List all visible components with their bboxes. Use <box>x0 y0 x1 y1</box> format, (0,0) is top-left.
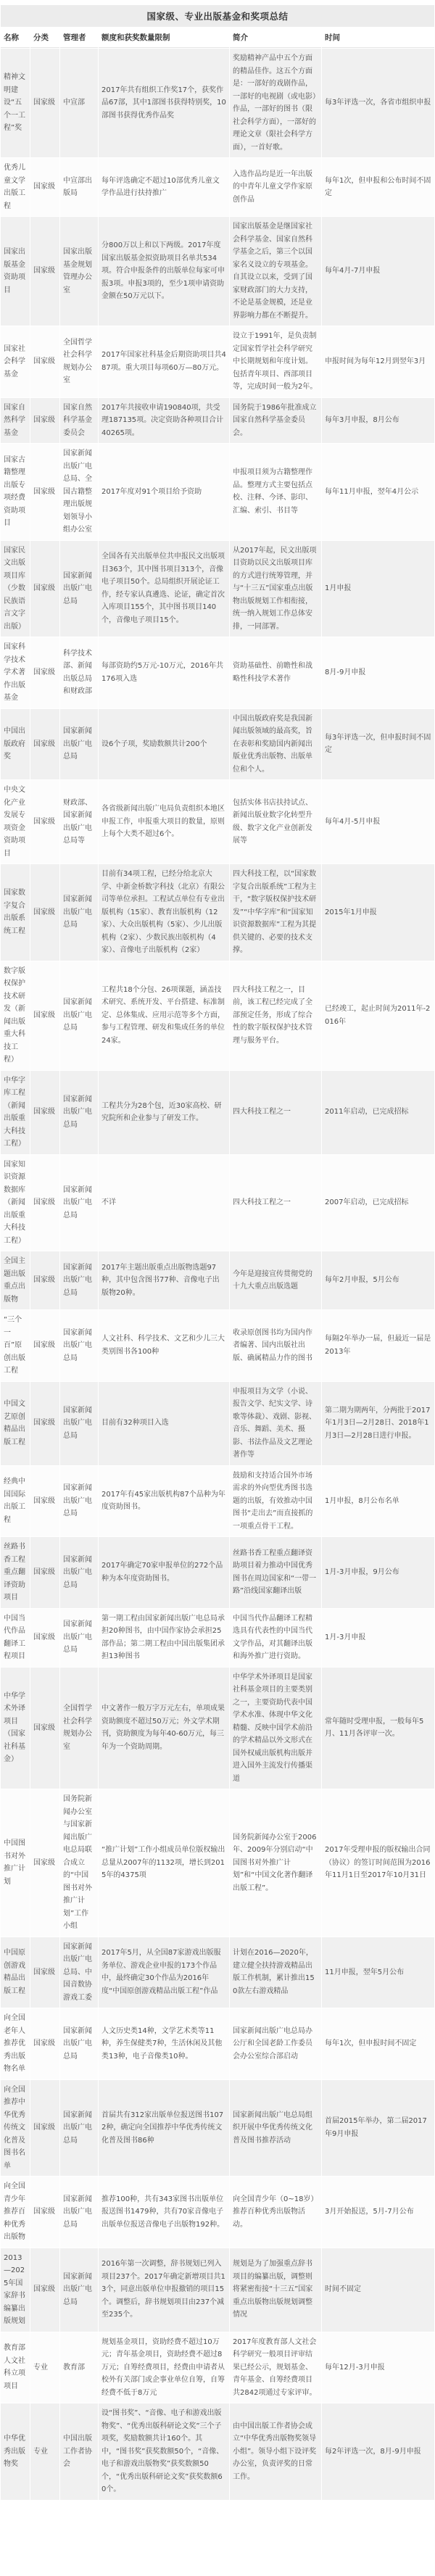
cell-manager: 国家新闻出版广电总局 <box>60 961 98 1070</box>
table-body: 精神文明建设“五个一工程”奖国家级中宣部2017年共有组织工作奖17个，获奖作品… <box>1 49 434 2500</box>
cell-intro: 包括实体书店扶持试点、新闻出版业数字化转型升级、数字文化产业创新发展等 <box>230 780 321 864</box>
table-row: 中国出版政府奖国家级国家新闻出版广电总局设6个子项，奖励数额共计200个中国出版… <box>1 709 434 780</box>
table-row: 中国原创游戏精品出版工程国家级国家新闻出版广电总局、中国音数协游戏工委2017年… <box>1 1937 434 2008</box>
cell-time: 已经竣工，起止时间为2011年-2016年 <box>322 961 434 1070</box>
cell-time: 每年11月申报，翌年4月公示 <box>322 444 434 540</box>
cell-name: 向全国老年人推荐优秀出版物名单 <box>1 2008 30 2079</box>
cell-name: 国家知识资源数据库（新闻出版重大科技工程） <box>1 1155 30 1251</box>
cell-manager: 中国出版工作者协会 <box>60 2403 98 2500</box>
cell-manager: 财政部、国家新闻出版广电总局等 <box>60 780 98 864</box>
cell-time: 1月-3月申报，9月公布 <box>322 1537 434 1608</box>
cell-quota: 中文著作一般万字万元左右，单项成果资助额度不超过50万元；外文学术期刊，资助额度… <box>99 1668 229 1789</box>
cell-quota: “推广计划”工作小组成员单位版权输出总量从2007年的1132项，增长到2015… <box>99 1789 229 1937</box>
cell-category: 国家级 <box>30 1466 59 1537</box>
cell-category: 专业 <box>30 2403 59 2500</box>
cell-intro: 国家出版基金是继国家社会科学基金、国家自然科学基金之后，第三个以国家名义设立的专… <box>230 217 321 326</box>
cell-category: 国家级 <box>30 2080 59 2177</box>
table-row: 国家数字复合出版系统工程国家级国家新闻出版广电总局目前有34项工程，已经分给北京… <box>1 864 434 961</box>
cell-intro: 资助基础性、前瞻性和战略性科技学术著作 <box>230 637 321 708</box>
cell-quota: 工程共18个分包、26项课题，涵盖技术研究、系统开发、平台搭建、标准制定、总体集… <box>99 961 229 1070</box>
cell-manager: 教育部 <box>60 2332 98 2403</box>
cell-name: 数字版权保护技术研发（新闻出版重大科技工程） <box>1 961 30 1070</box>
cell-time: 每2年评选一次，8月-9月申报 <box>322 2403 434 2500</box>
cell-category: 国家级 <box>30 1251 59 1309</box>
cell-time: 2017年受理申报的版权输出合同（协议）的签订时间范围为2016年11月1日至2… <box>322 1789 434 1937</box>
cell-name: 国家数字复合出版系统工程 <box>1 864 30 961</box>
table-row: 中国图书对外推广计划国家级国务院新闻办公室与国家新闻出版广电总局联合成立的“中国… <box>1 1789 434 1937</box>
table-row: 数字版权保护技术研发（新闻出版重大科技工程）国家级国家新闻出版广电总局工程共18… <box>1 961 434 1070</box>
table-row: 中华学术外译项目（国家社科基金）国家级全国哲学社会科学规划办公室中文著作一般万字… <box>1 1668 434 1789</box>
cell-intro: 2017年度教育部人文社会科学研究一般项目评审结果已经公示，规划基金、青年基金、… <box>230 2332 321 2403</box>
cell-manager: 国家新闻出版广电总局 <box>60 1155 98 1251</box>
table-row: 2013—2025年国家辞书编纂出版规划国家级国家新闻出版广电总局2016年第一… <box>1 2248 434 2332</box>
cell-quota: 2017年共有组织工作奖17个，获奖作品67部，其中1部图书获得特别奖，10部图… <box>99 49 229 157</box>
table-row: “三个一百”原创出版工程国家级国家新闻出版广电总局人文社科、科学技术、文艺和少儿… <box>1 1310 434 1381</box>
table-row: 中国当代作品翻译工程项目国家级国家新闻出版广电总局第一期工程由国家新闻出版广电总… <box>1 1609 434 1667</box>
cell-name: 中央文化产业发展专项资金资助项目 <box>1 780 30 864</box>
cell-category: 国家级 <box>30 1937 59 2008</box>
cell-intro: 奖励精神产品中五个方面的精品佳作。这五个方面是：一部好的戏剧作品，一部好的电视剧… <box>230 49 321 157</box>
cell-manager: 科学技术部、新闻出版总局和财政部 <box>60 637 98 708</box>
cell-category: 国家级 <box>30 961 59 1070</box>
cell-manager: 国家新闻出版广电总局、中国音数协游戏工委 <box>60 1937 98 2008</box>
cell-manager: 国家自然科学基金委员会 <box>60 398 98 444</box>
cell-manager: 全国哲学社会科学规划办公室 <box>60 326 98 397</box>
table-row: 向全国老年人推荐优秀出版物名单国家级国家新闻出版广电总局人文历史类14种，文学艺… <box>1 2008 434 2079</box>
cell-time: 1月申报 <box>322 541 434 637</box>
table-row: 教育部人文社科立项项目专业教育部规划基金项目，资助经费不超过10万元；青年基金项… <box>1 2332 434 2403</box>
cell-category: 国家级 <box>30 49 59 157</box>
cell-intro: 四大科技工程，以“国家数字复合出版系统”工程为主干，“数字版权保护技术研发”“中… <box>230 864 321 961</box>
cell-intro: 国家新闻出版广电总局组织开展中华优秀传统文化普及图书推荐活动 <box>230 2080 321 2177</box>
cell-intro: 鼓励和支持适合国外市场需求的外向型优秀图书选题的出版，有效推动中国图书“走出去”… <box>230 1466 321 1537</box>
cell-time: 首届2015年举办，第二届2017年9月申报 <box>322 2080 434 2177</box>
table-title: 国家级、专业出版基金和奖项总结 <box>1 5 434 27</box>
cell-quota: 人文历史类14种，文学艺术类等11种，养生保健类7种，生活休闲及其他类13种，电… <box>99 2008 229 2079</box>
column-header-manager: 管理者 <box>60 28 98 48</box>
cell-quota: 不详 <box>99 1155 229 1251</box>
cell-quota: 工程共分为28个包，近30家高校、研究院所和企业参与了研发工作。 <box>99 1071 229 1154</box>
cell-time: 3月开始报送，5月-7月公布 <box>322 2177 434 2248</box>
cell-time: 时间不固定 <box>322 2248 434 2332</box>
cell-manager: 国家新闻出版广电总局 <box>60 1609 98 1667</box>
cell-time: 每隔2年举办一届，但最近一届是2013年 <box>322 1310 434 1381</box>
cell-category: 国家级 <box>30 444 59 540</box>
cell-manager: 中宣部 <box>60 49 98 157</box>
cell-category: 国家级 <box>30 2177 59 2248</box>
cell-name: 经典中国国际出版工程 <box>1 1466 30 1537</box>
table-row: 向全国推荐中华优秀传统文化普及图书名单国家级国家新闻出版广电总局首届共有312家… <box>1 2080 434 2177</box>
column-header-intro: 简介 <box>230 28 321 48</box>
cell-intro: 设立于1991年，是负责制定国家哲学社会科学研究中长期规划和年度计划。包括青年项… <box>230 326 321 397</box>
cell-time: 申报时间为每年12月到翌年3月 <box>322 326 434 397</box>
cell-manager: 国家新闻出版广电总局 <box>60 1466 98 1537</box>
cell-intro: 入选作品均是近一年出版的中青年儿童文学作家原创作品 <box>230 158 321 216</box>
cell-intro: 申报项目为文学（小说、报告文学、纪实文学、诗歌等体裁）、戏剧、影视、音乐、舞蹈、… <box>230 1382 321 1465</box>
cell-intro: 国务院于1986年批准成立国家自然科学基金委员会。 <box>230 398 321 444</box>
table-row: 国家科学技术学术著作出版基金国家级科学技术部、新闻出版总局和财政部每部资助约5万… <box>1 637 434 708</box>
cell-intro: 计划在2016—2020年，建立健全扶持游戏精品出版工作机制，累计推出150款左… <box>230 1937 321 2008</box>
cell-manager: 国家新闻出版广电总局 <box>60 1251 98 1309</box>
cell-manager: 国家新闻出版广电总局 <box>60 1537 98 1608</box>
cell-time: 每3年评选一次，各省市组织申报 <box>322 49 434 157</box>
cell-name: 2013—2025年国家辞书编纂出版规划 <box>1 2248 30 2332</box>
cell-quota: 2017年5月，从全国87家游戏出版服务单位、游戏企业申报的173个作品中，最终… <box>99 1937 229 2008</box>
cell-name: 中华字库工程（新闻出版重大科技工程） <box>1 1071 30 1154</box>
cell-quota: 设“图书奖”、“音像、电子和游戏出版物奖”、“优秀出版科研论文奖”三个子项奖，奖… <box>99 2403 229 2500</box>
cell-quota: 2017年度对91个项目给予资助 <box>99 444 229 540</box>
cell-intro: 中国当代作品翻译工程精选具有代表性的中国当代文学作品，对其翻译出版和海外推广进行… <box>230 1609 321 1667</box>
cell-category: 国家级 <box>30 2008 59 2079</box>
cell-name: 中国原创游戏精品出版工程 <box>1 1937 30 2008</box>
cell-category: 国家级 <box>30 709 59 780</box>
cell-quota: 2017年共接收申请190840项，共受理187135项。决定资助各种项目合计4… <box>99 398 229 444</box>
cell-manager: 国家新闻出版广电总局 <box>60 2177 98 2248</box>
cell-time: 每年4月-5月申报 <box>322 780 434 864</box>
cell-name: 优秀儿童文学出版工程 <box>1 158 30 216</box>
cell-intro: 向全国青少年（0~18岁）推荐百种优秀出版物活动。 <box>230 2177 321 2248</box>
cell-name: 国家科学技术学术著作出版基金 <box>1 637 30 708</box>
cell-category: 国家级 <box>30 1155 59 1251</box>
page: 国家级、专业出版基金和奖项总结 名称 分类 管理者 额度和获奖数量限制 简介 时… <box>0 0 435 2501</box>
table-row: 经典中国国际出版工程国家级国家新闻出版广电总局2017年有45家出版机构87个品… <box>1 1466 434 1537</box>
table-row: 国家自然科学基金国家级国家自然科学基金委员会2017年共接收申请190840项，… <box>1 398 434 444</box>
column-header-quota: 额度和获奖数量限制 <box>99 28 229 48</box>
cell-time: 常年随时受理申报，一般每年5月、11月各评审一次。 <box>322 1668 434 1789</box>
cell-intro: 从2017年起，民文出版项目资助以民文出版项目库的方式进行统筹管理，并与“十三五… <box>230 541 321 637</box>
cell-category: 国家级 <box>30 217 59 326</box>
cell-manager: 国家新闻出版广电总局 <box>60 2008 98 2079</box>
cell-time: 第二期为期两年，分两批于2017年1月3日—2月28日、2018年1月3日—2月… <box>322 1382 434 1465</box>
cell-name: “三个一百”原创出版工程 <box>1 1310 30 1381</box>
cell-quota: 每年评选确定不超过10部优秀儿童文学作品进行扶持推广 <box>99 158 229 216</box>
cell-intro: 规划是为了加强重点辞书项目的编纂出版，调整则将紧密衔接“十三五”国家重点出版物出… <box>230 2248 321 2332</box>
cell-manager: 国家新闻出版广电总局 <box>60 1071 98 1154</box>
cell-quota: 2017年确定70家申报单位的272个品种为本年度资助图书。 <box>99 1537 229 1608</box>
cell-category: 国家级 <box>30 158 59 216</box>
table-row: 国家知识资源数据库（新闻出版重大科技工程）国家级国家新闻出版广电总局不详四大科技… <box>1 1155 434 1251</box>
cell-category: 国家级 <box>30 2248 59 2332</box>
cell-category: 国家级 <box>30 398 59 444</box>
cell-manager: 国家新闻出版广电总局 <box>60 864 98 961</box>
cell-intro: 申报项目须为古籍整理作品。整理方式主要包括点校、注释、今译、影印、汇编、索引、书… <box>230 444 321 540</box>
cell-name: 国家古籍整理出版专项经费资助项目 <box>1 444 30 540</box>
cell-category: 国家级 <box>30 326 59 397</box>
cell-quota: 2017年国家社科基金后期资助项目共487项。重大项目每项60万—80万元。 <box>99 326 229 397</box>
cell-time: 每年4月-7月申报 <box>322 217 434 326</box>
cell-quota: 全国各有关出版单位共申报民文出版项目363个，其中图书项目313个，音像电子项目… <box>99 541 229 637</box>
cell-category: 国家级 <box>30 1609 59 1667</box>
cell-manager: 国家新闻出版广电总局 <box>60 2080 98 2177</box>
cell-quota: 各省级新闻出版广电局负责组织本地区申报工作，申报重大项目的数量，原则上每个大类不… <box>99 780 229 864</box>
table-row: 国家社会科学基金国家级全国哲学社会科学规划办公室2017年国家社科基金后期资助项… <box>1 326 434 397</box>
cell-quota: 目前有34项工程，已经分给北京大学、中新金桥数字科技（北京）有限公司等单位承担。… <box>99 864 229 961</box>
cell-time: 每年2月申报，5月公布 <box>322 1251 434 1309</box>
column-header-category: 分类 <box>30 28 59 48</box>
column-header-time: 时间 <box>322 28 434 48</box>
cell-time: 2007年启动，已完成招标 <box>322 1155 434 1251</box>
cell-intro: 由中国出版工作者协会成立“中华优秀出版物奖领导小组”。领导小组下设评奖办公室，负… <box>230 2403 321 2500</box>
table-row: 优秀儿童文学出版工程国家级中宣部出版局每年评选确定不超过10部优秀儿童文学作品进… <box>1 158 434 216</box>
cell-time: 1月-3月申报 <box>322 1609 434 1667</box>
cell-time: 每年1次，但申报时间不固定 <box>322 2008 434 2079</box>
cell-intro: 四大科技工程之一，目前，该工程已经完成了全部预定任务，形成了综合性的数字版权保护… <box>230 961 321 1070</box>
table-title-row: 国家级、专业出版基金和奖项总结 <box>1 5 434 27</box>
cell-time: 8月-9月申报 <box>322 637 434 708</box>
cell-category: 国家级 <box>30 864 59 961</box>
cell-manager: 中宣部出版局 <box>60 158 98 216</box>
cell-category: 国家级 <box>30 1310 59 1381</box>
cell-intro: 国务院新闻办公室于2006年、2009年分别启动“中国图书对外推广计划”和“中国… <box>230 1789 321 1937</box>
column-header-name: 名称 <box>1 28 30 48</box>
cell-manager: 国家新闻出版广电总局 <box>60 709 98 780</box>
cell-name: 国家社会科学基金 <box>1 326 30 397</box>
cell-name: 教育部人文社科立项项目 <box>1 2332 30 2403</box>
cell-quota: 第一期工程由国家新闻出版广电总局承担20种图书，由中国作家协会承担25部作品；第… <box>99 1609 229 1667</box>
cell-name: 中国当代作品翻译工程项目 <box>1 1609 30 1667</box>
cell-category: 国家级 <box>30 541 59 637</box>
cell-intro: 丝路书香工程重点翻译资助项目着力推动中国优秀图书在周边国家和“一带一路”沿线国家… <box>230 1537 321 1608</box>
cell-category: 国家级 <box>30 1789 59 1937</box>
cell-time: 每年1次，但申报和公布时间不固定 <box>322 158 434 216</box>
cell-name: 中国出版政府奖 <box>1 709 30 780</box>
cell-intro: 四大科技工程之一 <box>230 1071 321 1154</box>
cell-manager: 国家新闻出版广电总局、全国古籍整理出版规划领导小组办公室 <box>60 444 98 540</box>
cell-time: 2011年启动，已完成招标 <box>322 1071 434 1154</box>
cell-name: 向全国推荐中华优秀传统文化普及图书名单 <box>1 2080 30 2177</box>
cell-manager: 国家新闻出版广电总局 <box>60 1382 98 1465</box>
cell-name: 中华学术外译项目（国家社科基金） <box>1 1668 30 1789</box>
cell-name: 全国主题出版重点出版物 <box>1 1251 30 1309</box>
cell-manager: 国家新闻出版广电总局 <box>60 541 98 637</box>
cell-time: 每年3月申报，8月公布 <box>322 398 434 444</box>
cell-quota: 设6个子项，奖励数额共计200个 <box>99 709 229 780</box>
cell-intro: 中华学术外译项目是国家社科基金项目的主要类别之一，主要资助代表中国学术水准、体现… <box>230 1668 321 1789</box>
table-row: 精神文明建设“五个一工程”奖国家级中宣部2017年共有组织工作奖17个，获奖作品… <box>1 49 434 157</box>
cell-quota: 2017年主题出版重点出版物选题97种，其中包含图书77种、音像电子出版物20种… <box>99 1251 229 1309</box>
cell-category: 国家级 <box>30 1071 59 1154</box>
cell-name: 向全国青少年推荐百种优秀出版物 <box>1 2177 30 2248</box>
cell-time: 1月申报，8月公布名单 <box>322 1466 434 1537</box>
cell-quota: 2017年有45家出版机构87个品种为年度资助图书。 <box>99 1466 229 1537</box>
cell-quota: 推荐100种，共有343家图书出版单位报送图书1479种，共有70家音像电子出版… <box>99 2177 229 2248</box>
cell-name: 国家出版基金资助项目 <box>1 217 30 326</box>
awards-table: 国家级、专业出版基金和奖项总结 名称 分类 管理者 额度和获奖数量限制 简介 时… <box>0 4 435 2501</box>
table-header-row: 名称 分类 管理者 额度和获奖数量限制 简介 时间 <box>1 28 434 48</box>
cell-category: 国家级 <box>30 1382 59 1465</box>
cell-category: 国家级 <box>30 1537 59 1608</box>
cell-manager: 国家新闻出版广电总局 <box>60 2248 98 2332</box>
cell-intro: 国家新闻出版广电总局办公厅和全国老龄工作委员会办公室综合部启动 <box>230 2008 321 2079</box>
cell-category: 国家级 <box>30 1668 59 1789</box>
table-row: 中央文化产业发展专项资金资助项目国家级财政部、国家新闻出版广电总局等各省级新闻出… <box>1 780 434 864</box>
table-row: 国家民文出版项目库（少数民族语言文字出版）国家级国家新闻出版广电总局全国各有关出… <box>1 541 434 637</box>
table-row: 中华字库工程（新闻出版重大科技工程）国家级国家新闻出版广电总局工程共分为28个包… <box>1 1071 434 1154</box>
cell-name: 中国图书对外推广计划 <box>1 1789 30 1937</box>
cell-category: 国家级 <box>30 780 59 864</box>
table-row: 全国主题出版重点出版物国家级国家新闻出版广电总局2017年主题出版重点出版物选题… <box>1 1251 434 1309</box>
cell-manager: 国务院新闻办公室与国家新闻出版广电总局联合成立的“中国图书对外推广计划”工作小组 <box>60 1789 98 1937</box>
cell-name: 国家自然科学基金 <box>1 398 30 444</box>
table-row: 丝路书香工程重点翻译资助项目国家级国家新闻出版广电总局2017年确定70家申报单… <box>1 1537 434 1608</box>
cell-name: 中华优秀出版物奖 <box>1 2403 30 2500</box>
cell-time: 每3年评选一次，但申报时间不固定 <box>322 709 434 780</box>
cell-name: 丝路书香工程重点翻译资助项目 <box>1 1537 30 1608</box>
cell-quota: 每部资助约5万元-10万元，2016年共176项入选 <box>99 637 229 708</box>
cell-manager: 国家出版基金规划管理办公室 <box>60 217 98 326</box>
cell-category: 专业 <box>30 2332 59 2403</box>
table-row: 向全国青少年推荐百种优秀出版物国家级国家新闻出版广电总局推荐100种，共有343… <box>1 2177 434 2248</box>
cell-quota: 人文社科、科学技术、文艺和少儿三大类别图书各100种 <box>99 1310 229 1381</box>
cell-name: 精神文明建设“五个一工程”奖 <box>1 49 30 157</box>
table-row: 中华优秀出版物奖专业中国出版工作者协会设“图书奖”、“音像、电子和游戏出版物奖”… <box>1 2403 434 2500</box>
cell-time: 每年12月-3月申报 <box>322 2332 434 2403</box>
cell-manager: 全国哲学社会科学规划办公室 <box>60 1668 98 1789</box>
table-row: 国家出版基金资助项目国家级国家出版基金规划管理办公室分800万以上和以下两级。2… <box>1 217 434 326</box>
cell-name: 国家民文出版项目库（少数民族语言文字出版） <box>1 541 30 637</box>
cell-intro: 四大科技工程之一 <box>230 1155 321 1251</box>
cell-quota: 2016年第一次调整，辞书规划已列入项目237个。2017年确定新增项目共13个… <box>99 2248 229 2332</box>
cell-intro: 中国出版政府奖是我国新闻出版领域的最高奖，旨在表彰和奖励国内新闻出版业优秀出版物… <box>230 709 321 780</box>
cell-time: 11月申报，翌年5月公布 <box>322 1937 434 2008</box>
cell-intro: 收录原创图书均为国内作者编著、国内出版社出版、确属精品力作的图书 <box>230 1310 321 1381</box>
cell-quota: 目前有32种项目入选 <box>99 1382 229 1465</box>
cell-category: 国家级 <box>30 637 59 708</box>
cell-quota: 首届共有312家出版单位报送图书1072种，确定向全国推荐中华优秀传统文化普及图… <box>99 2080 229 2177</box>
cell-intro: 今年是迎接宣传贯彻党的十九大重点出版选题 <box>230 1251 321 1309</box>
cell-quota: 规划基金项目，资助经费不超过10万元；青年基金项目，资助经费不超过8万元；自筹经… <box>99 2332 229 2403</box>
cell-manager: 国家新闻出版广电总局 <box>60 1310 98 1381</box>
cell-quota: 分800万以上和以下两级。2017年度国家出版基金拟资助项目名单共534项。符合… <box>99 217 229 326</box>
cell-time: 2015年1月申报 <box>322 864 434 961</box>
table-row: 中国文艺原创精品出版工程国家级国家新闻出版广电总局目前有32种项目入选申报项目为… <box>1 1382 434 1465</box>
table-row: 国家古籍整理出版专项经费资助项目国家级国家新闻出版广电总局、全国古籍整理出版规划… <box>1 444 434 540</box>
cell-name: 中国文艺原创精品出版工程 <box>1 1382 30 1465</box>
